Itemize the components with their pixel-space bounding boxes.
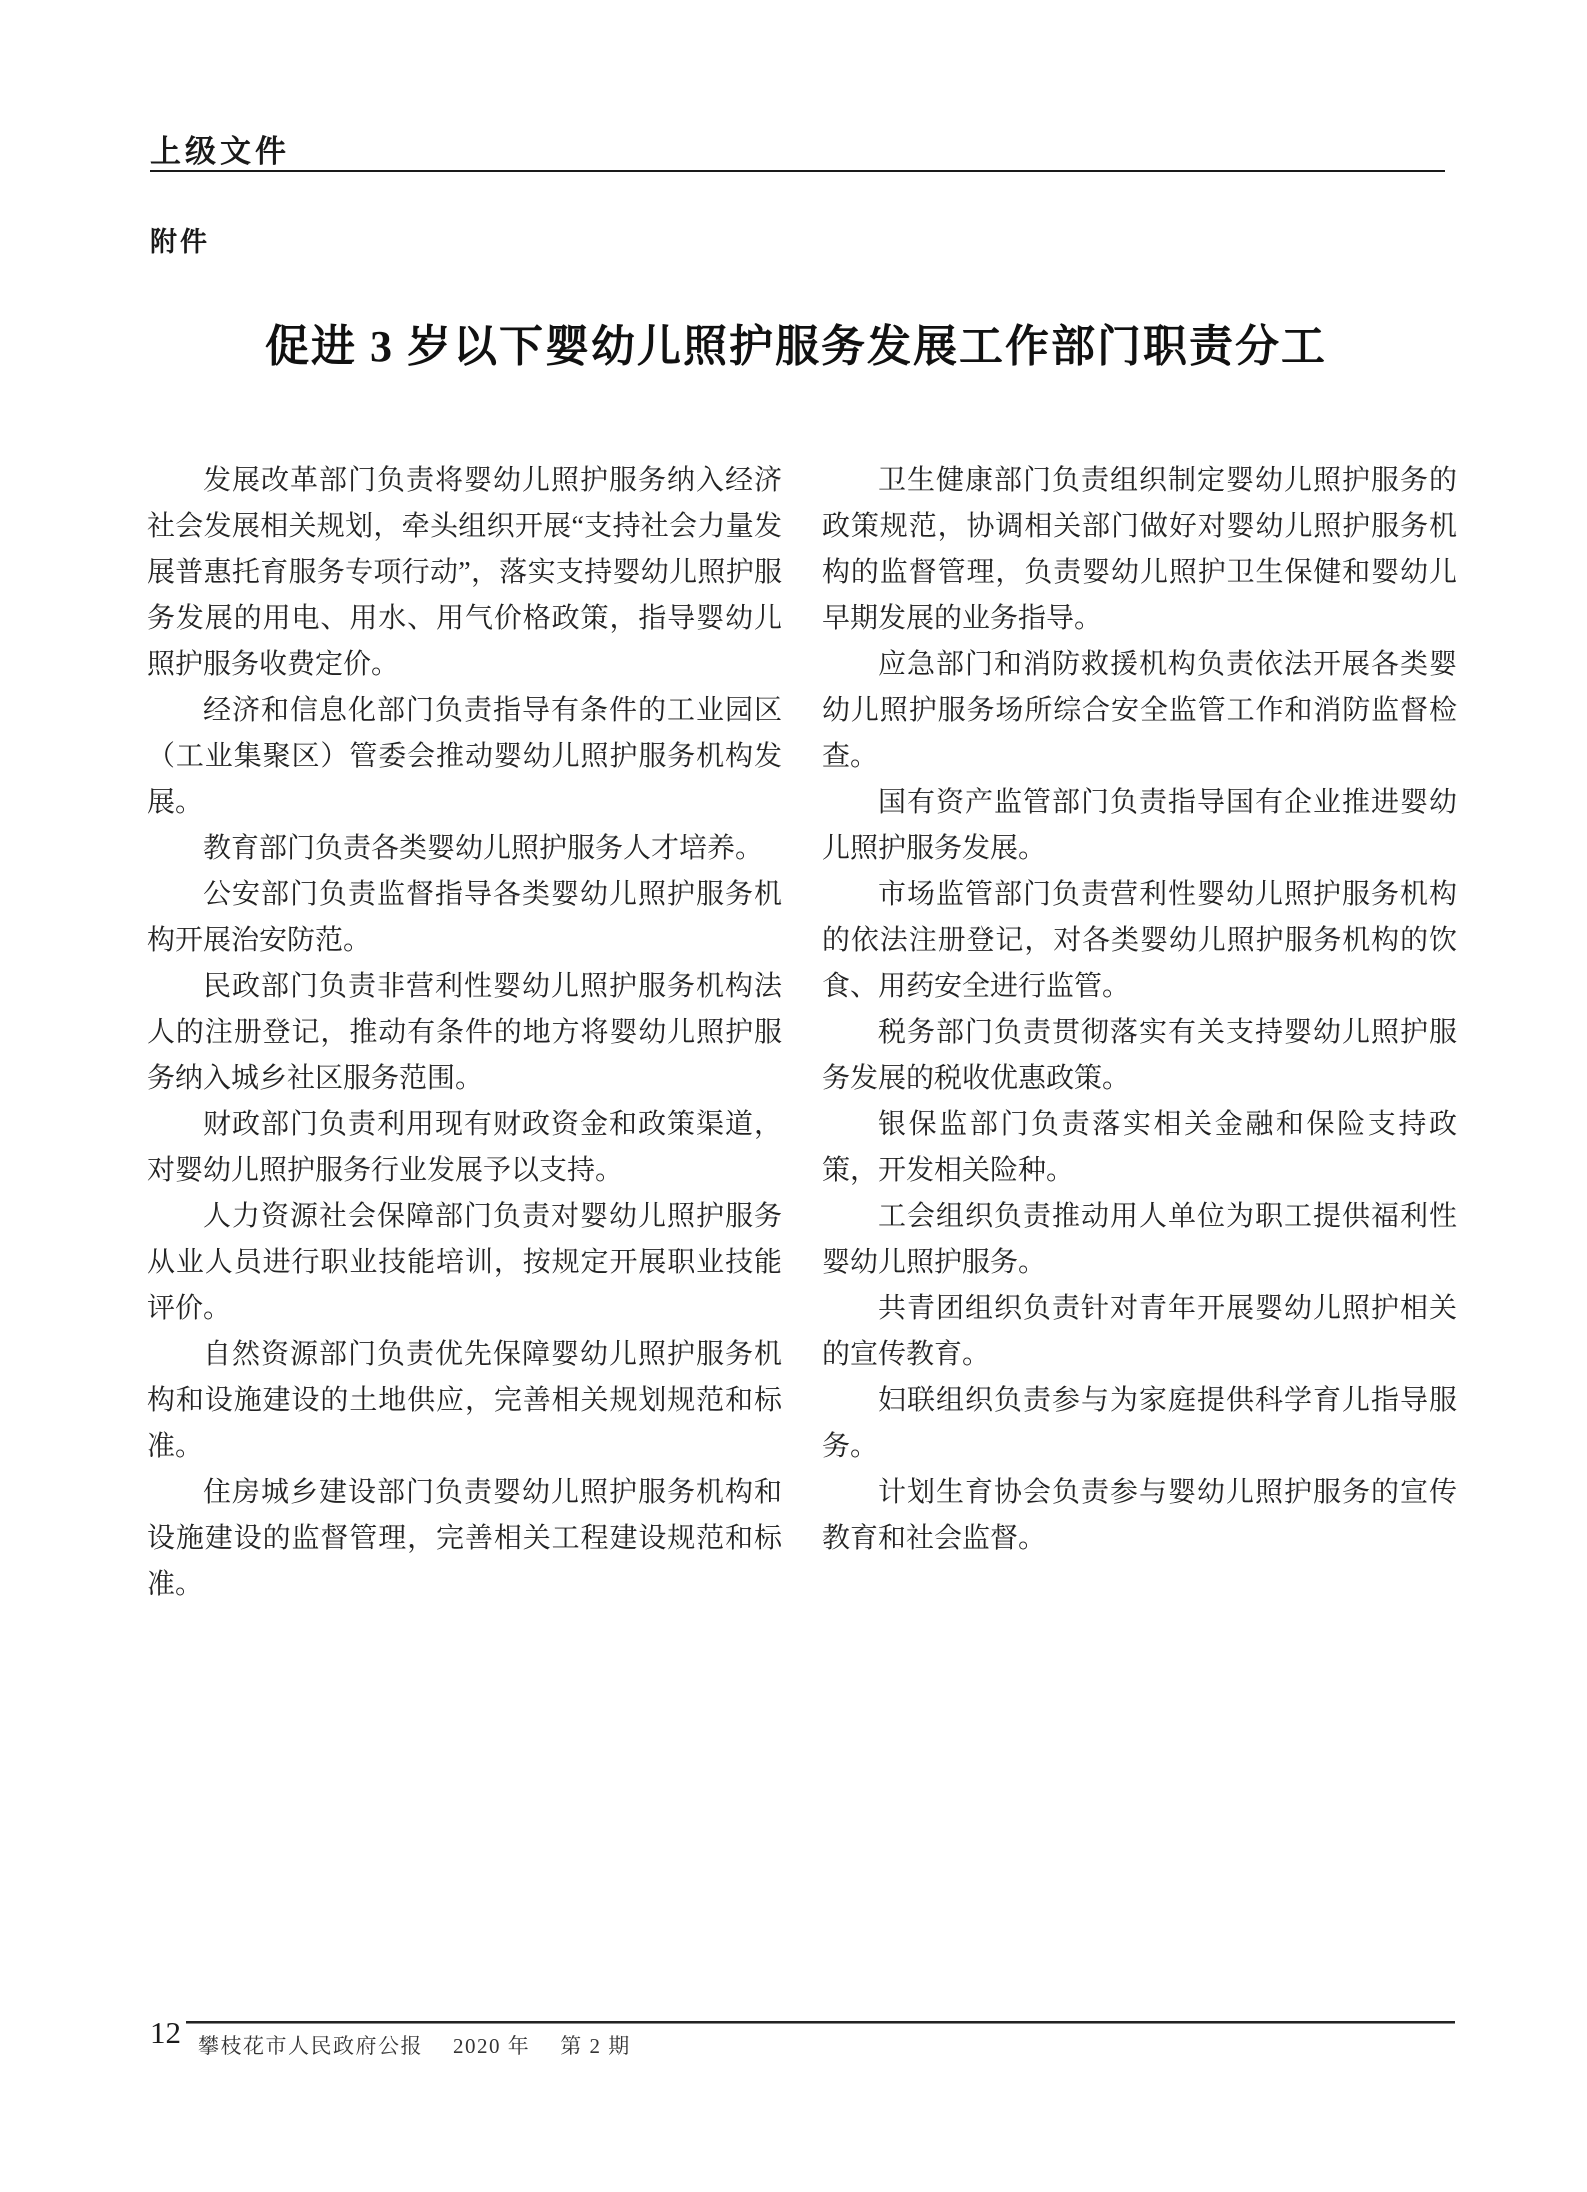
- right-column: 卫生健康部门负责组织制定婴幼儿照护服务的政策规范，协调相关部门做好对婴幼儿照护服…: [822, 458, 1457, 1608]
- paragraph: 妇联组织负责参与为家庭提供科学育儿指导服务。: [822, 1378, 1457, 1470]
- paragraph: 教育部门负责各类婴幼儿照护服务人才培养。: [147, 826, 782, 872]
- paragraph: 工会组织负责推动用人单位为职工提供福利性婴幼儿照护服务。: [822, 1194, 1457, 1286]
- paragraph: 卫生健康部门负责组织制定婴幼儿照护服务的政策规范，协调相关部门做好对婴幼儿照护服…: [822, 458, 1457, 642]
- document-page: 上级文件 附件 促进 3 岁以下婴幼儿照护服务发展工作部门职责分工 发展改革部门…: [0, 0, 1587, 2192]
- paragraph: 自然资源部门负责优先保障婴幼儿照护服务机构和设施建设的土地供应，完善相关规划规范…: [147, 1332, 782, 1470]
- section-label: 上级文件: [150, 126, 290, 171]
- footer-publication: 攀枝花市人民政府公报: [198, 2034, 423, 2058]
- paragraph: 计划生育协会负责参与婴幼儿照护服务的宣传教育和社会监督。: [822, 1470, 1457, 1562]
- footer-year: 2020 年: [453, 2034, 530, 2058]
- paragraph: 财政部门负责利用现有财政资金和政策渠道，对婴幼儿照护服务行业发展予以支持。: [147, 1102, 782, 1194]
- footer-rule: [186, 2021, 1455, 2024]
- footer-issue: 第 2 期: [560, 2034, 631, 2058]
- paragraph: 国有资产监管部门负责指导国有企业推进婴幼儿照护服务发展。: [822, 780, 1457, 872]
- paragraph: 发展改革部门负责将婴幼儿照护服务纳入经济社会发展相关规划，牵头组织开展“支持社会…: [147, 458, 782, 688]
- paragraph: 公安部门负责监督指导各类婴幼儿照护服务机构开展治安防范。: [147, 872, 782, 964]
- page-title: 促进 3 岁以下婴幼儿照护服务发展工作部门职责分工: [146, 310, 1446, 374]
- header-rule: [150, 170, 1445, 172]
- paragraph: 住房城乡建设部门负责婴幼儿照护服务机构和设施建设的监督管理，完善相关工程建设规范…: [147, 1470, 782, 1608]
- paragraph: 经济和信息化部门负责指导有条件的工业园区（工业集聚区）管委会推动婴幼儿照护服务机…: [147, 688, 782, 826]
- paragraph: 市场监管部门负责营利性婴幼儿照护服务机构的依法注册登记，对各类婴幼儿照护服务机构…: [822, 872, 1457, 1010]
- paragraph: 银保监部门负责落实相关金融和保险支持政策，开发相关险种。: [822, 1102, 1457, 1194]
- attachment-label: 附件: [150, 220, 210, 259]
- body-columns: 发展改革部门负责将婴幼儿照护服务纳入经济社会发展相关规划，牵头组织开展“支持社会…: [147, 458, 1457, 1608]
- left-column: 发展改革部门负责将婴幼儿照护服务纳入经济社会发展相关规划，牵头组织开展“支持社会…: [147, 458, 782, 1608]
- footer-text: 攀枝花市人民政府公报2020 年第 2 期: [198, 2030, 631, 2060]
- paragraph: 人力资源社会保障部门负责对婴幼儿照护服务从业人员进行职业技能培训，按规定开展职业…: [147, 1194, 782, 1332]
- paragraph: 民政部门负责非营利性婴幼儿照护服务机构法人的注册登记，推动有条件的地方将婴幼儿照…: [147, 964, 782, 1102]
- paragraph: 共青团组织负责针对青年开展婴幼儿照护相关的宣传教育。: [822, 1286, 1457, 1378]
- paragraph: 税务部门负责贯彻落实有关支持婴幼儿照护服务发展的税收优惠政策。: [822, 1010, 1457, 1102]
- page-number: 12: [150, 2015, 181, 2051]
- paragraph: 应急部门和消防救援机构负责依法开展各类婴幼儿照护服务场所综合安全监管工作和消防监…: [822, 642, 1457, 780]
